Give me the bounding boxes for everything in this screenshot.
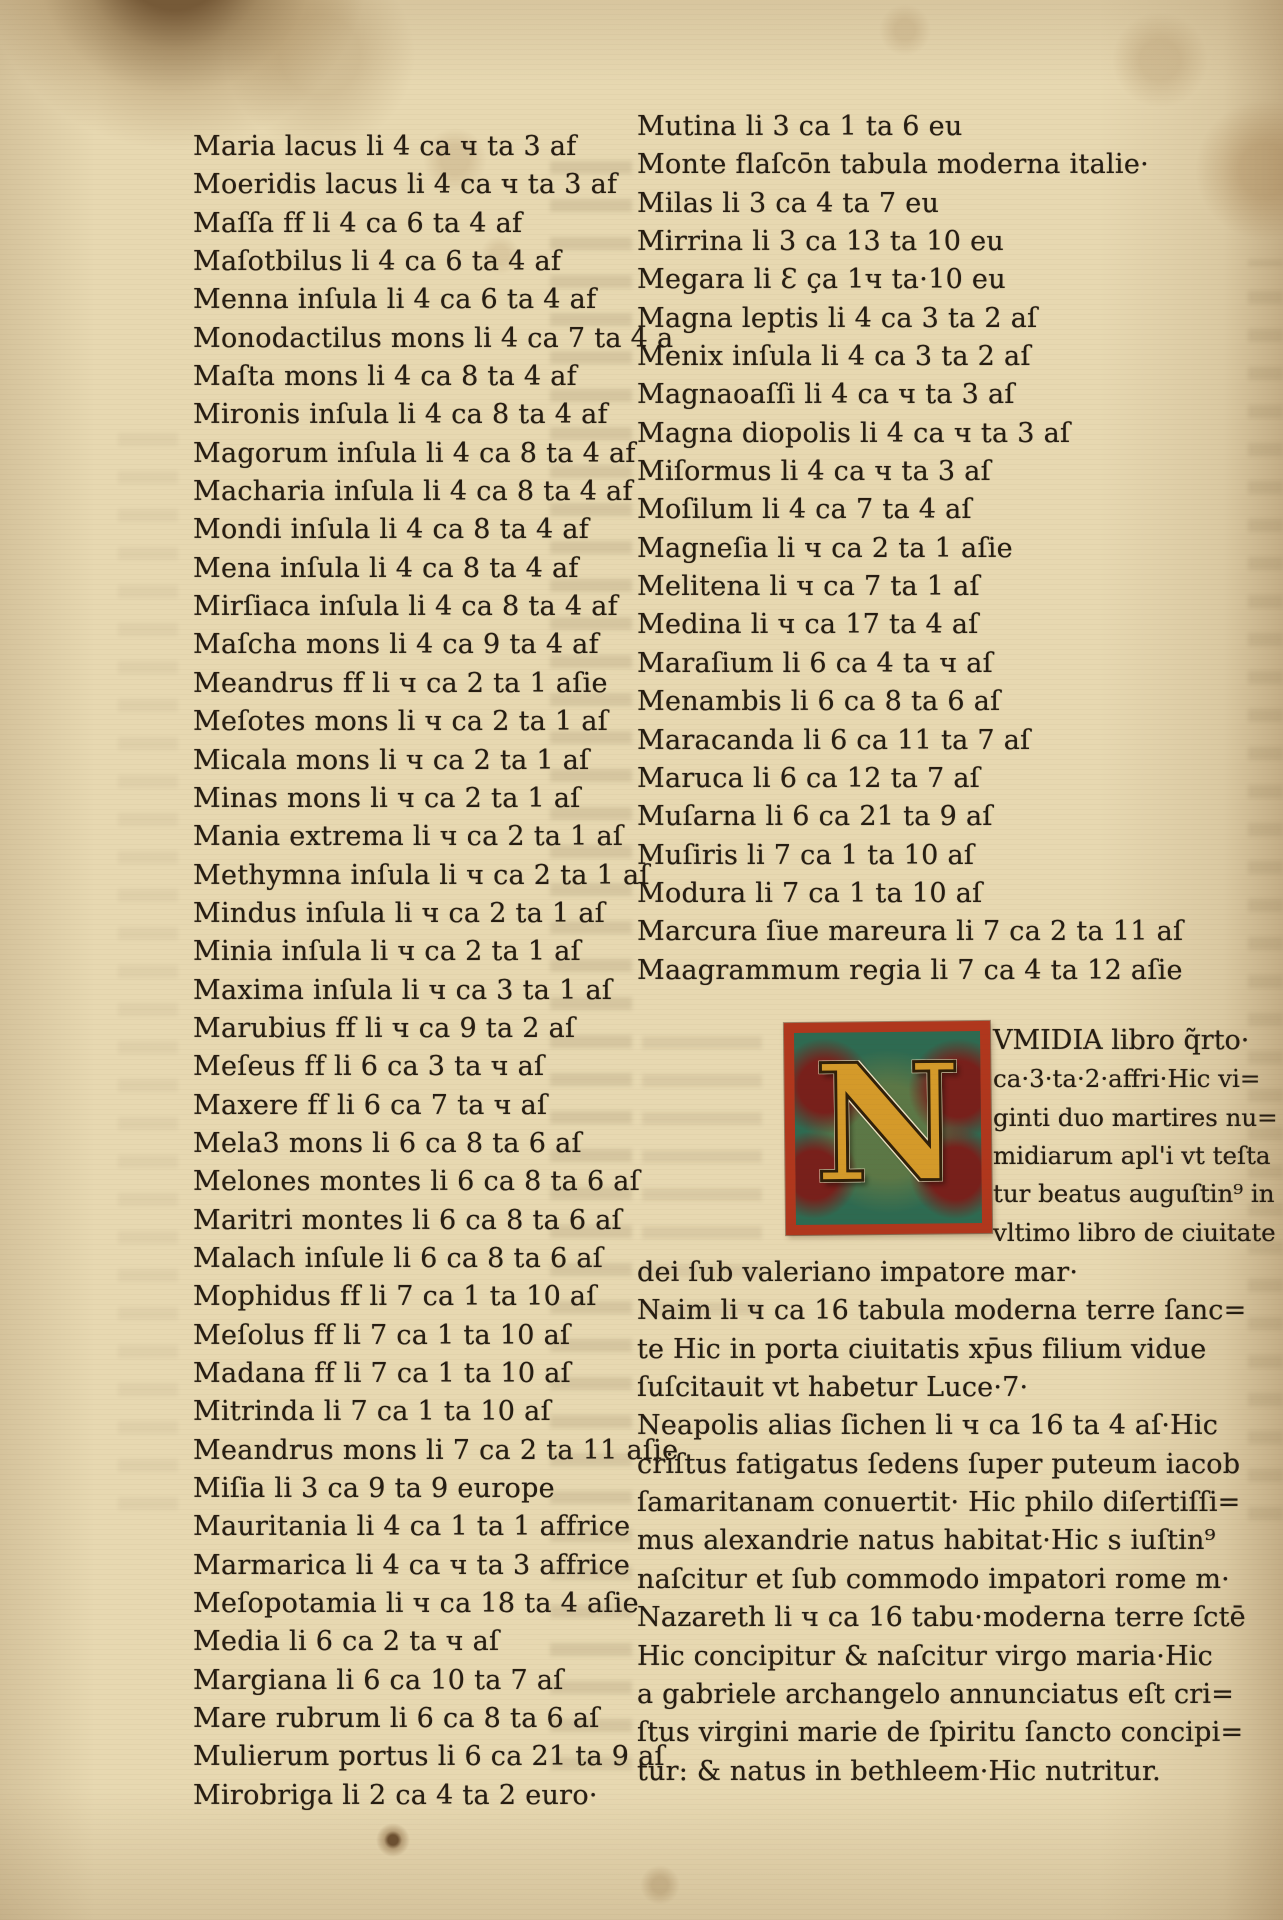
index-entry: Melones montes li 6 ca 8 ta 6 aſ: [193, 1163, 623, 1201]
index-entry: Maſta mons li 4 ca 8 ta 4 af: [193, 358, 623, 396]
index-entry: Meſolus ff li 7 ca 1 ta 10 aſ: [193, 1317, 623, 1355]
index-entry: Maria lacus li 4 ca ч ta 3 af: [193, 128, 623, 166]
index-entry: Maſotbilus li 4 ca 6 ta 4 af: [193, 243, 623, 281]
paragraph-line: mus alexandrie natus habitat·Hic s iuſti…: [637, 1522, 1253, 1560]
paragraph-line: a gabriele archangelo annunciatus eſt cr…: [637, 1676, 1253, 1714]
index-entry: Meſopotamia li ч ca 18 ta 4 aſie: [193, 1585, 623, 1623]
index-entry: Magorum inſula li 4 ca 8 ta 4 af: [193, 435, 623, 473]
index-entry: Mauritania li 4 ca 1 ta 1 affrice: [193, 1508, 623, 1546]
paragraph-line: midiarum apl'i vt teſta: [993, 1137, 1253, 1175]
index-entry: Mulierum portus li 6 ca 21 ta 9 aſ: [193, 1738, 623, 1776]
index-entry: Methymna inſula li ч ca 2 ta 1 aſ: [193, 857, 623, 895]
bleedthrough-left-margin: [118, 430, 178, 1510]
paragraph-line: te Hic in porta ciuitatis xp̄us filium v…: [637, 1331, 1253, 1369]
index-entry: Mare rubrum li 6 ca 8 ta 6 aſ: [193, 1700, 623, 1738]
index-entry: Mondi inſula li 4 ca 8 ta 4 af: [193, 511, 623, 549]
book-page: Maria lacus li 4 ca ч ta 3 afMoeridis la…: [0, 0, 1283, 1920]
bleedthrough-right-margin: [1248, 260, 1283, 1520]
index-entry: Maxere ff li 6 ca 7 ta ч aſ: [193, 1087, 623, 1125]
index-entry: Magna diopolis li 4 ca ч ta 3 aſ: [637, 415, 1253, 453]
index-entry: Magnaoaſſi li 4 ca ч ta 3 aſ: [637, 376, 1253, 414]
index-entry: Monte flaſcōn tabula moderna italie·: [637, 146, 1253, 184]
index-entry: Marubius ff li ч ca 9 ta 2 aſ: [193, 1010, 623, 1048]
paragraph-line: vltimo libro de ciuitate: [993, 1214, 1253, 1252]
paragraph-line: ſtus virgini marie de ſpiritu ſancto con…: [637, 1714, 1253, 1752]
index-entry: Maritri montes li 6 ca 8 ta 6 aſ: [193, 1202, 623, 1240]
initial-ornament: N: [794, 1031, 982, 1225]
index-entry: Mirſiaca inſula li 4 ca 8 ta 4 af: [193, 588, 623, 626]
numidia-paragraph-body: dei ſub valeriano impatore mar·Naim li ч…: [637, 1254, 1253, 1791]
paragraph-line: Neapolis alias ſichen li ч ca 16 ta 4 aſ…: [637, 1407, 1253, 1445]
index-entry: Margiana li 6 ca 10 ta 7 aſ: [193, 1662, 623, 1700]
index-entry: Minia inſula li ч ca 2 ta 1 aſ: [193, 933, 623, 971]
numidia-paragraph-head: VMIDIA libro q̃rto·ca·3·ta·2·affri·Hic v…: [993, 1020, 1253, 1252]
index-entry: Maſſa ff li 4 ca 6 ta 4 af: [193, 205, 623, 243]
paragraph-line: VMIDIA libro q̃rto·: [993, 1022, 1253, 1060]
paragraph-line: Hic concipitur & naſcitur virgo maria·Hi…: [637, 1638, 1253, 1676]
index-entry: Mirrina li 3 ca 13 ta 10 eu: [637, 223, 1253, 261]
paragraph-line: ſuſcitauit vt habetur Luce·7·: [637, 1369, 1253, 1407]
paragraph-line: ca·3·ta·2·affri·Hic vi=: [993, 1060, 1253, 1098]
index-entry: Mironis inſula li 4 ca 8 ta 4 af: [193, 396, 623, 434]
index-column-left: Maria lacus li 4 ca ч ta 3 afMoeridis la…: [193, 128, 623, 1815]
index-column-right: Mutina li 3 ca 1 ta 6 euMonte flaſcōn ta…: [637, 108, 1253, 990]
index-entry: Marmarica li 4 ca ч ta 3 affrice: [193, 1547, 623, 1585]
paragraph-line: ſamaritanam conuertit· Hic philo diſerti…: [637, 1484, 1253, 1522]
index-entry: Mindus inſula li ч ca 2 ta 1 aſ: [193, 895, 623, 933]
paragraph-line: Nazareth li ч ca 16 tabu·moderna terre ſ…: [637, 1599, 1253, 1637]
index-entry: Madana ff li 7 ca 1 ta 10 aſ: [193, 1355, 623, 1393]
index-entry: Miſia li 3 ca 9 ta 9 europe: [193, 1470, 623, 1508]
index-entry: Minas mons li ч ca 2 ta 1 aſ: [193, 780, 623, 818]
index-entry: Maraſium li 6 ca 4 ta ч aſ: [637, 645, 1253, 683]
index-entry: Muſarna li 6 ca 21 ta 9 aſ: [637, 798, 1253, 836]
index-entry: Menambis li 6 ca 8 ta 6 aſ: [637, 683, 1253, 721]
numidia-section: N VMIDIA libro q̃rto·ca·3·ta·2·affri·Hic…: [637, 1020, 1253, 1791]
index-entry: Meandrus mons li 7 ca 2 ta 11 aſie: [193, 1432, 623, 1470]
index-entry: Menna inſula li 4 ca 6 ta 4 af: [193, 281, 623, 319]
paragraph-line: ginti duo martires nu=: [993, 1099, 1253, 1137]
index-entry: Magneſia li ч ca 2 ta 1 aſie: [637, 530, 1253, 568]
index-entry: Menix inſula li 4 ca 3 ta 2 aſ: [637, 338, 1253, 376]
paragraph-line: dei ſub valeriano impatore mar·: [637, 1254, 1253, 1292]
paragraph-line: naſcitur et ſub commodo impatori rome m·: [637, 1561, 1253, 1599]
index-entry: Maſcha mons li 4 ca 9 ta 4 af: [193, 626, 623, 664]
index-entry: Modura li 7 ca 1 ta 10 aſ: [637, 875, 1253, 913]
index-entry: Maracanda li 6 ca 11 ta 7 aſ: [637, 722, 1253, 760]
index-entry: Mutina li 3 ca 1 ta 6 eu: [637, 108, 1253, 146]
illuminated-initial-N: N: [784, 1021, 992, 1235]
index-entry: Mirobriga li 2 ca 4 ta 2 euro·: [193, 1777, 623, 1815]
index-entry: Mania extrema li ч ca 2 ta 1 aſ: [193, 818, 623, 856]
index-entry: Miſormus li 4 ca ч ta 3 aſ: [637, 453, 1253, 491]
index-entry: Milas li 3 ca 4 ta 7 eu: [637, 185, 1253, 223]
index-entry: Macharia inſula li 4 ca 8 ta 4 af: [193, 473, 623, 511]
index-entry: Medina li ч ca 17 ta 4 aſ: [637, 606, 1253, 644]
index-entry: Magna leptis li 4 ca 3 ta 2 aſ: [637, 300, 1253, 338]
index-entry: Muſiris li 7 ca 1 ta 10 aſ: [637, 837, 1253, 875]
paragraph-line: criſtus fatigatus ſedens ſuper puteum ia…: [637, 1446, 1253, 1484]
index-entry: Moeridis lacus li 4 ca ч ta 3 af: [193, 166, 623, 204]
index-entry: Meſotes mons li ч ca 2 ta 1 aſ: [193, 703, 623, 741]
index-entry: Micala mons li ч ca 2 ta 1 aſ: [193, 742, 623, 780]
index-entry: Moſilum li 4 ca 7 ta 4 aſ: [637, 491, 1253, 529]
index-entry: Maagrammum regia li 7 ca 4 ta 12 aſie: [637, 952, 1253, 990]
index-entry: Melitena li ч ca 7 ta 1 aſ: [637, 568, 1253, 606]
index-entry: Meſeus ff li 6 ca 3 ta ч aſ: [193, 1048, 623, 1086]
index-entry: Mophidus ff li 7 ca 1 ta 10 aſ: [193, 1278, 623, 1316]
index-entry: Mela3 mons li 6 ca 8 ta 6 aſ: [193, 1125, 623, 1163]
index-entry: Megara li Ɛ ça 1ч ta·10 eu: [637, 261, 1253, 299]
index-entry: Media li 6 ca 2 ta ч aſ: [193, 1623, 623, 1661]
index-entry: Mitrinda li 7 ca 1 ta 10 aſ: [193, 1393, 623, 1431]
index-entry: Monodactilus mons li 4 ca 7 ta 4 a: [193, 320, 623, 358]
paragraph-line: Naim li ч ca 16 tabula moderna terre ſan…: [637, 1292, 1253, 1330]
index-entry: Malach inſule li 6 ca 8 ta 6 aſ: [193, 1240, 623, 1278]
index-entry: Maxima inſula li ч ca 3 ta 1 aſ: [193, 972, 623, 1010]
index-entry: Maruca li 6 ca 12 ta 7 aſ: [637, 760, 1253, 798]
paragraph-line: tur: & natus in bethleem·Hic nutritur.: [637, 1753, 1253, 1791]
paragraph-line: tur beatus auguſtin⁹ in: [993, 1175, 1253, 1213]
initial-letter: N: [813, 1042, 963, 1206]
index-entry: Meandrus ff li ч ca 2 ta 1 aſie: [193, 665, 623, 703]
index-entry: Marcura ſiue mareura li 7 ca 2 ta 11 aſ: [637, 913, 1253, 951]
index-entry: Mena inſula li 4 ca 8 ta 4 af: [193, 550, 623, 588]
